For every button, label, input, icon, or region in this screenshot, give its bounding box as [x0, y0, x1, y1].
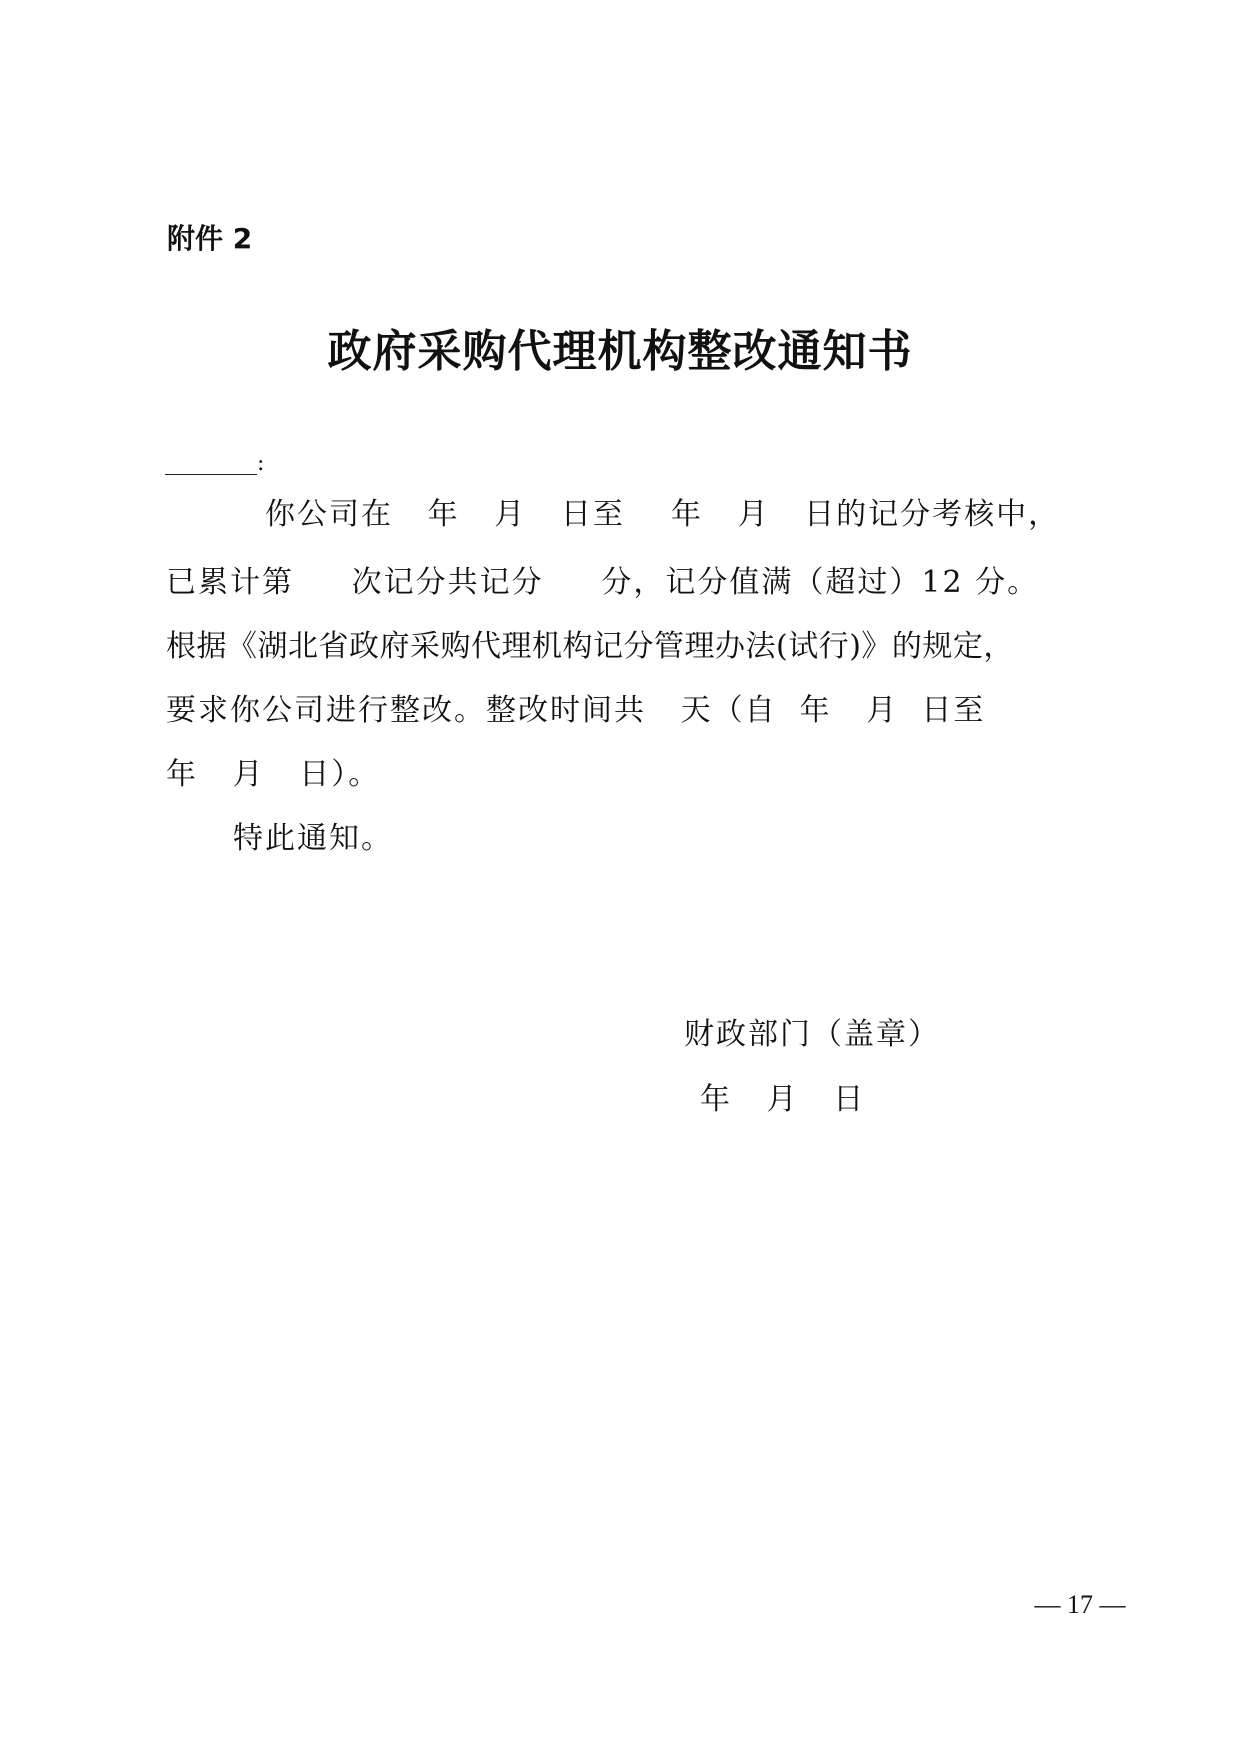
paragraph-line-2: 已累计第 次记分共记分 分，记分值满（超过）12 分。 — [166, 568, 1039, 598]
addressee-blank: : — [165, 452, 264, 475]
signature-date: 年 月 日 — [700, 1085, 865, 1115]
paragraph-line-4: 要求你公司进行整改。整改时间共 天（自 年 月 日至 — [166, 696, 985, 726]
page-number: — 17 — — [1035, 1590, 1126, 1619]
addressee-underline — [165, 452, 257, 475]
document-title: 政府采购代理机构整改通知书 — [0, 330, 1240, 374]
paragraph-line-3: 根据《湖北省政府采购代理机构记分管理办法(试行)》的规定， — [166, 632, 1014, 662]
paragraph-line-1: 你公司在 年 月 日至 年 月 日的记分考核中， — [265, 500, 1060, 530]
signature-department: 财政部门（盖章） — [684, 1020, 940, 1050]
addressee-colon: : — [257, 451, 264, 476]
page-number-footer: — 17 — — [0, 1592, 1240, 1618]
closing-text: 特此通知。 — [233, 824, 393, 854]
paragraph-line-5: 年 月 日）。 — [166, 760, 380, 790]
attachment-label: 附件 2 — [167, 225, 252, 253]
